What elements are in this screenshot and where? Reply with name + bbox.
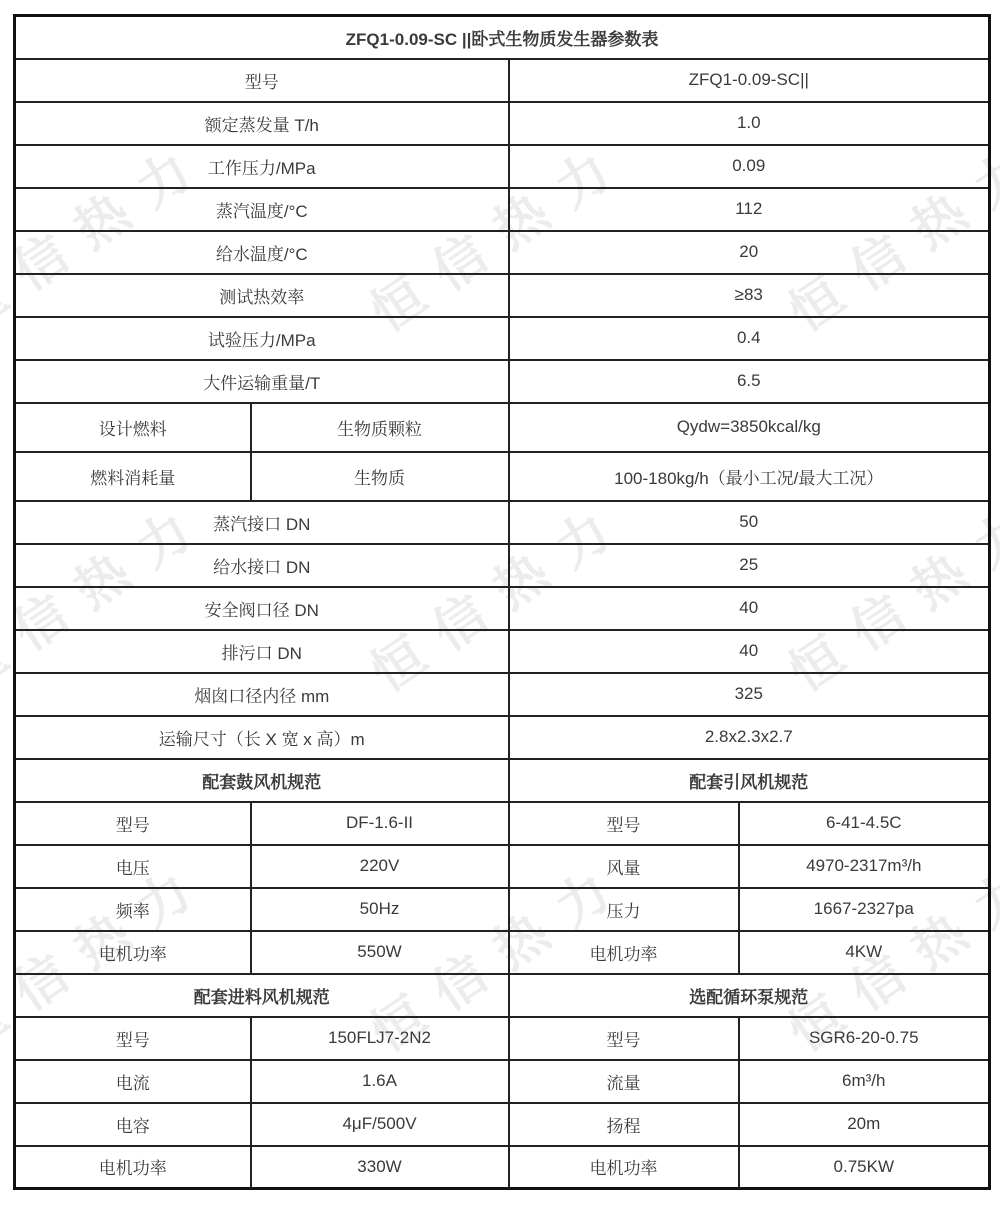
row-value: 4μF/500V bbox=[251, 1103, 509, 1146]
section-header-feeder-fan: 配套进料风机规范 bbox=[15, 974, 509, 1017]
table-row: 频率 50Hz 压力 1667-2327pa bbox=[15, 888, 990, 931]
table-row: 测试热效率 ≥83 bbox=[15, 274, 990, 317]
table-row: 电流 1.6A 流量 6m³/h bbox=[15, 1060, 990, 1103]
row-value: Qydw=3850kcal/kg bbox=[509, 403, 990, 452]
row-label: 型号 bbox=[509, 1017, 739, 1060]
table-row: 运输尺寸（长 X 宽 x 高）m 2.8x2.3x2.7 bbox=[15, 716, 990, 759]
row-value: 1667-2327pa bbox=[739, 888, 990, 931]
row-value: 20 bbox=[509, 231, 990, 274]
row-label: 蒸汽温度/°C bbox=[15, 188, 509, 231]
row-label: 工作压力/MPa bbox=[15, 145, 509, 188]
table-row: 配套进料风机规范 选配循环泵规范 bbox=[15, 974, 990, 1017]
row-label: 排污口 DN bbox=[15, 630, 509, 673]
row-value: 40 bbox=[509, 630, 990, 673]
row-label: 频率 bbox=[15, 888, 251, 931]
row-value: 40 bbox=[509, 587, 990, 630]
table-row: 试验压力/MPa 0.4 bbox=[15, 317, 990, 360]
table-row: 排污口 DN 40 bbox=[15, 630, 990, 673]
table-row: 电机功率 330W 电机功率 0.75KW bbox=[15, 1146, 990, 1189]
fuel-type-cell: 生物质颗粒 bbox=[251, 403, 509, 452]
row-label: 流量 bbox=[509, 1060, 739, 1103]
table-row: 给水温度/°C 20 bbox=[15, 231, 990, 274]
row-label: 型号 bbox=[15, 59, 509, 102]
row-value: 100-180kg/h（最小工况/最大工况） bbox=[509, 452, 990, 501]
section-header-pump: 选配循环泵规范 bbox=[509, 974, 990, 1017]
table-row: 配套鼓风机规范 配套引风机规范 bbox=[15, 759, 990, 802]
row-value: 550W bbox=[251, 931, 509, 974]
row-label: 电机功率 bbox=[15, 1146, 251, 1189]
table-row: 大件运输重量/T 6.5 bbox=[15, 360, 990, 403]
row-label: 设计燃料 bbox=[15, 403, 251, 452]
table-row: 电压 220V 风量 4970-2317m³/h bbox=[15, 845, 990, 888]
table-row: 设计燃料 生物质颗粒 Qydw=3850kcal/kg bbox=[15, 403, 990, 452]
row-value: 325 bbox=[509, 673, 990, 716]
table-row: 型号 DF-1.6-II 型号 6-41-4.5C bbox=[15, 802, 990, 845]
row-value: SGR6-20-0.75 bbox=[739, 1017, 990, 1060]
row-label: 烟囱口径内径 mm bbox=[15, 673, 509, 716]
fuel-type-cell: 生物质 bbox=[251, 452, 509, 501]
row-label: 大件运输重量/T bbox=[15, 360, 509, 403]
row-value: 4KW bbox=[739, 931, 990, 974]
row-value: 0.09 bbox=[509, 145, 990, 188]
row-label: 电机功率 bbox=[509, 1146, 739, 1189]
row-value: 6m³/h bbox=[739, 1060, 990, 1103]
row-label: 测试热效率 bbox=[15, 274, 509, 317]
document-page: 恒信热力 恒信热力 恒信热力 恒信热力 恒信热力 恒信热力 恒信热力 恒信热力 … bbox=[0, 0, 1000, 1211]
table-row: ZFQ1-0.09-SC ||卧式生物质发生器参数表 bbox=[15, 16, 990, 59]
page-title: ZFQ1-0.09-SC ||卧式生物质发生器参数表 bbox=[15, 16, 990, 59]
row-value: 4970-2317m³/h bbox=[739, 845, 990, 888]
table-row: 型号 ZFQ1-0.09-SC|| bbox=[15, 59, 990, 102]
table-row: 安全阀口径 DN 40 bbox=[15, 587, 990, 630]
row-label: 电机功率 bbox=[509, 931, 739, 974]
section-header-induced-fan: 配套引风机规范 bbox=[509, 759, 990, 802]
table-row: 蒸汽温度/°C 112 bbox=[15, 188, 990, 231]
row-value: ZFQ1-0.09-SC|| bbox=[509, 59, 990, 102]
table-row: 型号 150FLJ7-2N2 型号 SGR6-20-0.75 bbox=[15, 1017, 990, 1060]
row-value: 50 bbox=[509, 501, 990, 544]
row-label: 型号 bbox=[15, 802, 251, 845]
table-row: 额定蒸发量 T/h 1.0 bbox=[15, 102, 990, 145]
row-value: 1.0 bbox=[509, 102, 990, 145]
row-label: 试验压力/MPa bbox=[15, 317, 509, 360]
row-value: 220V bbox=[251, 845, 509, 888]
row-value: 2.8x2.3x2.7 bbox=[509, 716, 990, 759]
table-row: 电机功率 550W 电机功率 4KW bbox=[15, 931, 990, 974]
row-value: 6.5 bbox=[509, 360, 990, 403]
row-label: 风量 bbox=[509, 845, 739, 888]
parameter-table: ZFQ1-0.09-SC ||卧式生物质发生器参数表 型号 ZFQ1-0.09-… bbox=[13, 14, 991, 1190]
row-label: 电容 bbox=[15, 1103, 251, 1146]
row-label: 运输尺寸（长 X 宽 x 高）m bbox=[15, 716, 509, 759]
row-label: 型号 bbox=[509, 802, 739, 845]
row-label: 电压 bbox=[15, 845, 251, 888]
row-value: 25 bbox=[509, 544, 990, 587]
table-row: 烟囱口径内径 mm 325 bbox=[15, 673, 990, 716]
row-label: 电流 bbox=[15, 1060, 251, 1103]
row-label: 燃料消耗量 bbox=[15, 452, 251, 501]
row-value: 50Hz bbox=[251, 888, 509, 931]
row-value: ≥83 bbox=[509, 274, 990, 317]
table-row: 给水接口 DN 25 bbox=[15, 544, 990, 587]
row-label: 压力 bbox=[509, 888, 739, 931]
row-label: 给水接口 DN bbox=[15, 544, 509, 587]
row-label: 电机功率 bbox=[15, 931, 251, 974]
row-value: 20m bbox=[739, 1103, 990, 1146]
row-label: 安全阀口径 DN bbox=[15, 587, 509, 630]
row-label: 给水温度/°C bbox=[15, 231, 509, 274]
row-value: 1.6A bbox=[251, 1060, 509, 1103]
row-label: 型号 bbox=[15, 1017, 251, 1060]
section-header-blower: 配套鼓风机规范 bbox=[15, 759, 509, 802]
table-row: 蒸汽接口 DN 50 bbox=[15, 501, 990, 544]
table-row: 电容 4μF/500V 扬程 20m bbox=[15, 1103, 990, 1146]
row-value: 112 bbox=[509, 188, 990, 231]
row-label: 扬程 bbox=[509, 1103, 739, 1146]
row-value: 330W bbox=[251, 1146, 509, 1189]
table-row: 工作压力/MPa 0.09 bbox=[15, 145, 990, 188]
table-row: 燃料消耗量 生物质 100-180kg/h（最小工况/最大工况） bbox=[15, 452, 990, 501]
row-label: 蒸汽接口 DN bbox=[15, 501, 509, 544]
row-label: 额定蒸发量 T/h bbox=[15, 102, 509, 145]
row-value: 0.75KW bbox=[739, 1146, 990, 1189]
row-value: 150FLJ7-2N2 bbox=[251, 1017, 509, 1060]
row-value: 0.4 bbox=[509, 317, 990, 360]
row-value: DF-1.6-II bbox=[251, 802, 509, 845]
row-value: 6-41-4.5C bbox=[739, 802, 990, 845]
